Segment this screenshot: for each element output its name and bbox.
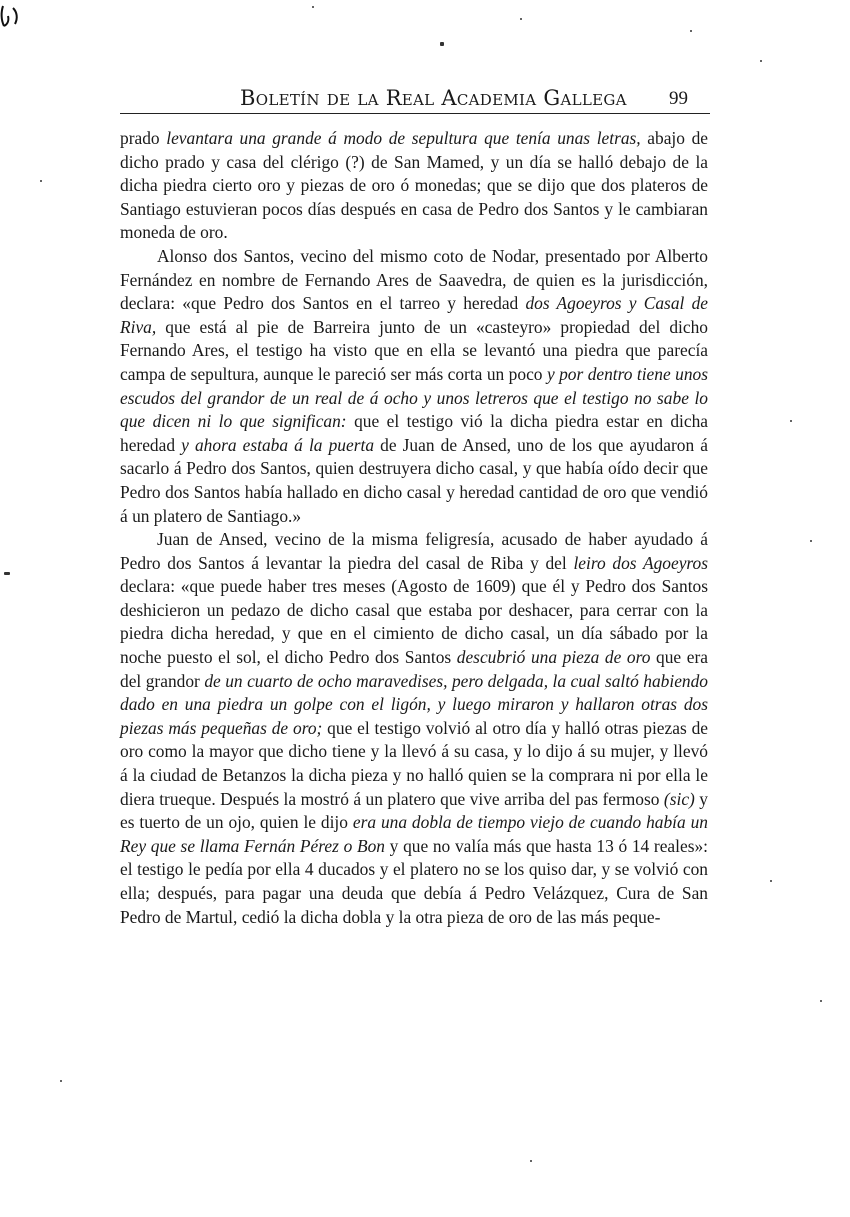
italic-quote: (sic) xyxy=(664,789,695,809)
paragraph: prado levantara una grande á modo de sep… xyxy=(120,127,708,245)
body-text: prado levantara una grande á modo de sep… xyxy=(120,127,708,929)
header-rule xyxy=(120,113,710,114)
journal-title: Boletín de la Real Academia Gallega xyxy=(240,86,627,110)
italic-quote: leiro dos Agoeyros xyxy=(573,553,708,573)
running-header: Boletín de la Real Academia Gallega 99 xyxy=(120,86,710,114)
italic-quote: descubrió una pieza de oro xyxy=(457,647,651,667)
italic-quote: levantara una grande á modo de sepultura… xyxy=(166,128,640,148)
italic-quote: y ahora estaba á la puerta xyxy=(181,435,374,455)
paragraph: Alonso dos Santos, vecino del mismo coto… xyxy=(120,245,708,528)
page-number: 99 xyxy=(669,88,688,110)
scan-corner-mark xyxy=(0,2,22,30)
text-run: prado xyxy=(120,128,166,148)
paragraph: Juan de Ansed, vecino de la misma feligr… xyxy=(120,528,708,929)
